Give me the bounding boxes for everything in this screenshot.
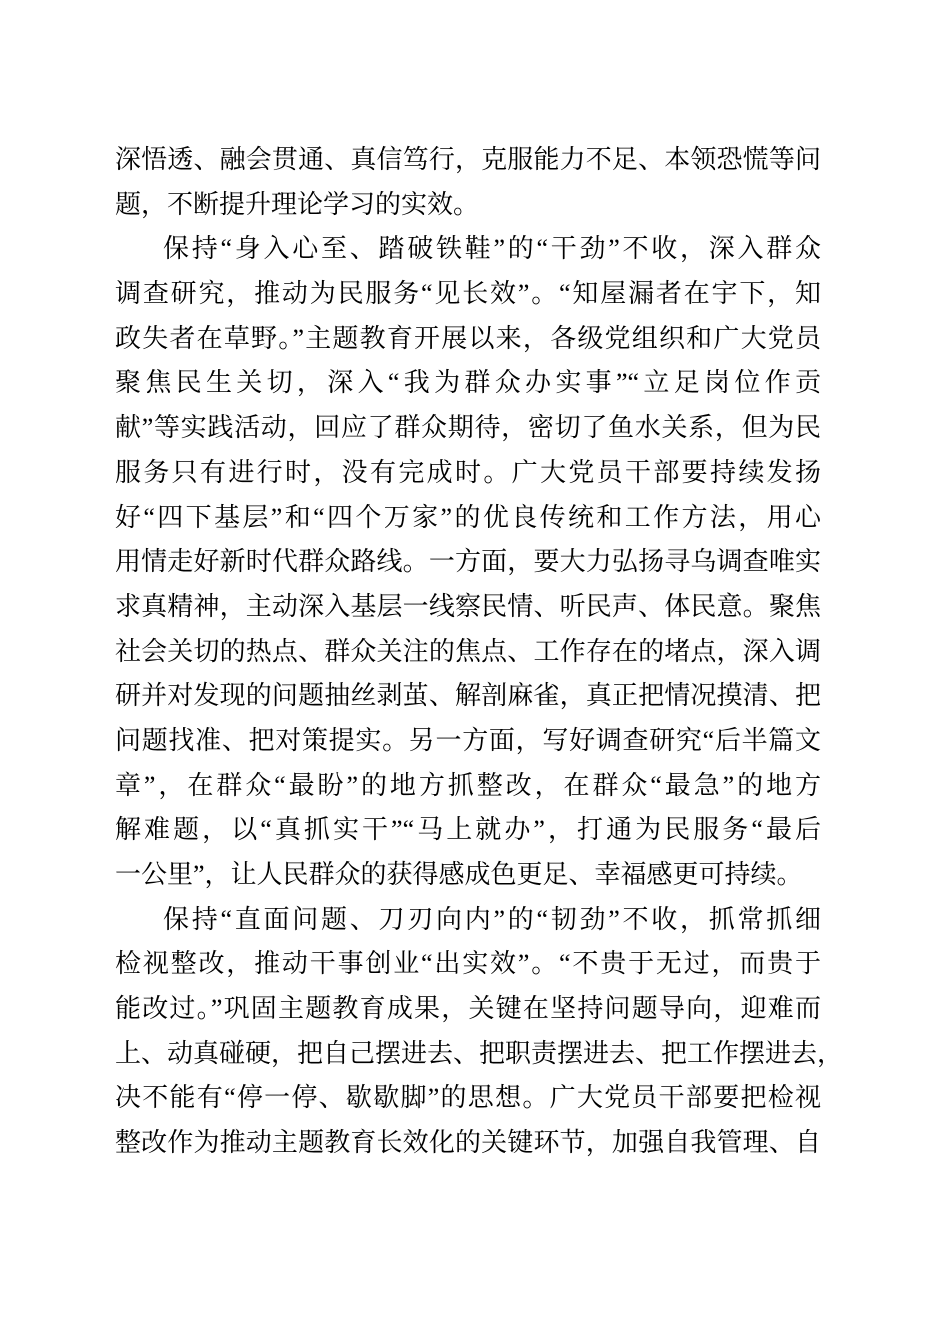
- text-line: 决不能有“停一停、歇歇脚”的思想。广大党员干部要把检视: [115, 1076, 821, 1121]
- text-line: 好“四下基层”和“四个万家”的优良传统和工作方法，用心: [115, 496, 821, 541]
- text-line: 一公里”，让人民群众的获得感成色更足、幸福感更可持续。: [115, 853, 821, 898]
- text-line: 上、动真碰硬，把自己摆进去、把职责摆进去、把工作摆进去，: [115, 1032, 821, 1077]
- text-line: 调查研究，推动为民服务“见长效”。“知屋漏者在宇下，知: [115, 272, 821, 317]
- text-line: 能改过。”巩固主题教育成果，关键在坚持问题导向，迎难而: [115, 987, 821, 1032]
- text-line: 聚焦民生关切，深入“我为群众办实事”“立足岗位作贡: [115, 361, 821, 406]
- text-line: 检视整改，推动干事创业“出实效”。“不贵于无过，而贵于: [115, 942, 821, 987]
- paragraph: 深悟透、融会贯通、真信笃行，克服能力不足、本领恐慌等问 题，不断提升理论学习的实…: [115, 138, 821, 227]
- text-line: 求真精神，主动深入基层一线察民情、听民声、体民意。聚焦: [115, 585, 821, 630]
- text-line: 研并对发现的问题抽丝剥茧、解剖麻雀，真正把情况摸清、把: [115, 674, 821, 719]
- text-line: 题，不断提升理论学习的实效。: [115, 183, 821, 228]
- document-page: 深悟透、融会贯通、真信笃行，克服能力不足、本领恐慌等问 题，不断提升理论学习的实…: [0, 0, 950, 1344]
- text-line: 保持“身入心至、踏破铁鞋”的“干劲”不收，深入群众: [115, 227, 821, 272]
- text-line: 献”等实践活动，回应了群众期待，密切了鱼水关系，但为民: [115, 406, 821, 451]
- paragraph: 保持“身入心至、踏破铁鞋”的“干劲”不收，深入群众 调查研究，推动为民服务“见长…: [115, 227, 821, 897]
- text-line: 政失者在草野。”主题教育开展以来，各级党组织和广大党员: [115, 317, 821, 362]
- text-line: 深悟透、融会贯通、真信笃行，克服能力不足、本领恐慌等问: [115, 138, 821, 183]
- document-body: 深悟透、融会贯通、真信笃行，克服能力不足、本领恐慌等问 题，不断提升理论学习的实…: [115, 138, 821, 1166]
- text-line: 问题找准、把对策提实。另一方面，写好调查研究“后半篇文: [115, 719, 821, 764]
- text-line: 服务只有进行时，没有完成时。广大党员干部要持续发扬: [115, 451, 821, 496]
- text-line: 章”，在群众“最盼”的地方抓整改，在群众“最急”的地方: [115, 764, 821, 809]
- text-line: 社会关切的热点、群众关注的焦点、工作存在的堵点，深入调: [115, 630, 821, 675]
- text-line: 解难题，以“真抓实干”“马上就办”，打通为民服务“最后: [115, 808, 821, 853]
- paragraph: 保持“直面问题、刀刃向内”的“韧劲”不收，抓常抓细 检视整改，推动干事创业“出实…: [115, 898, 821, 1166]
- text-line: 整改作为推动主题教育长效化的关键环节，加强自我管理、自: [115, 1121, 821, 1166]
- text-line: 保持“直面问题、刀刃向内”的“韧劲”不收，抓常抓细: [115, 898, 821, 943]
- text-line: 用情走好新时代群众路线。一方面，要大力弘扬寻乌调查唯实: [115, 540, 821, 585]
